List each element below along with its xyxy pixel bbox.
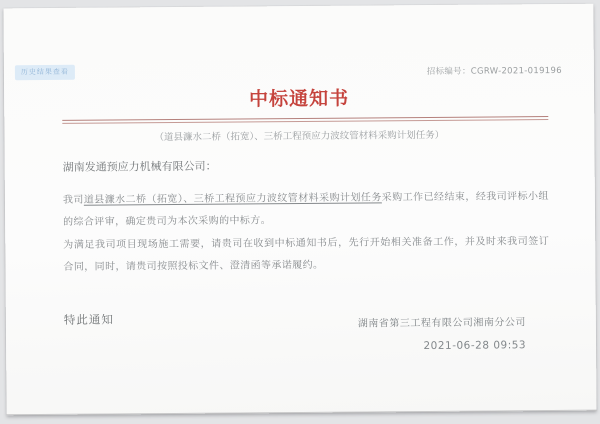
addressee-line: 湖南发通预应力机械有限公司： [63,158,217,175]
title-divider-rule [62,116,548,124]
page-background: 历史结果查看 招标编号：CGRW-2021-019196 中标通知书 （道县濂水… [0,0,600,424]
closing-note: 特此通知 [64,311,114,327]
body-paragraph-2: 为满足我司项目现场施工需要，请贵司在收到中标通知书后，先行开始相关准备工作，并及… [63,231,549,278]
signer-company: 湖南省第三工程有限公司湘南分公司 [358,313,526,329]
body-paragraph-1: 我司道县濂水二桥（拓宽）、三桥工程预应力波纹管材料采购计划任务采购工作已经结束，… [63,186,549,233]
paragraph1-project-name: 道县濂水二桥（拓宽）、三桥工程预应力波纹管材料采购计划任务 [84,192,382,205]
signature-block: 湖南省第三工程有限公司湘南分公司 2021-06-28 09:53 [358,313,526,352]
document-sheet: 历史结果查看 招标编号：CGRW-2021-019196 中标通知书 （道县濂水… [3,4,596,416]
notice-subtitle: （道县濂水二桥（拓宽）、三桥工程预应力波纹管材料采购计划任务） [4,126,594,145]
paragraph1-prefix: 我司 [63,195,84,206]
history-result-tag-button[interactable]: 历史结果查看 [15,65,75,80]
notice-title: 中标通知书 [4,82,594,114]
sign-date: 2021-06-28 09:53 [358,339,526,352]
bid-number: 招标编号：CGRW-2021-019196 [427,64,562,77]
